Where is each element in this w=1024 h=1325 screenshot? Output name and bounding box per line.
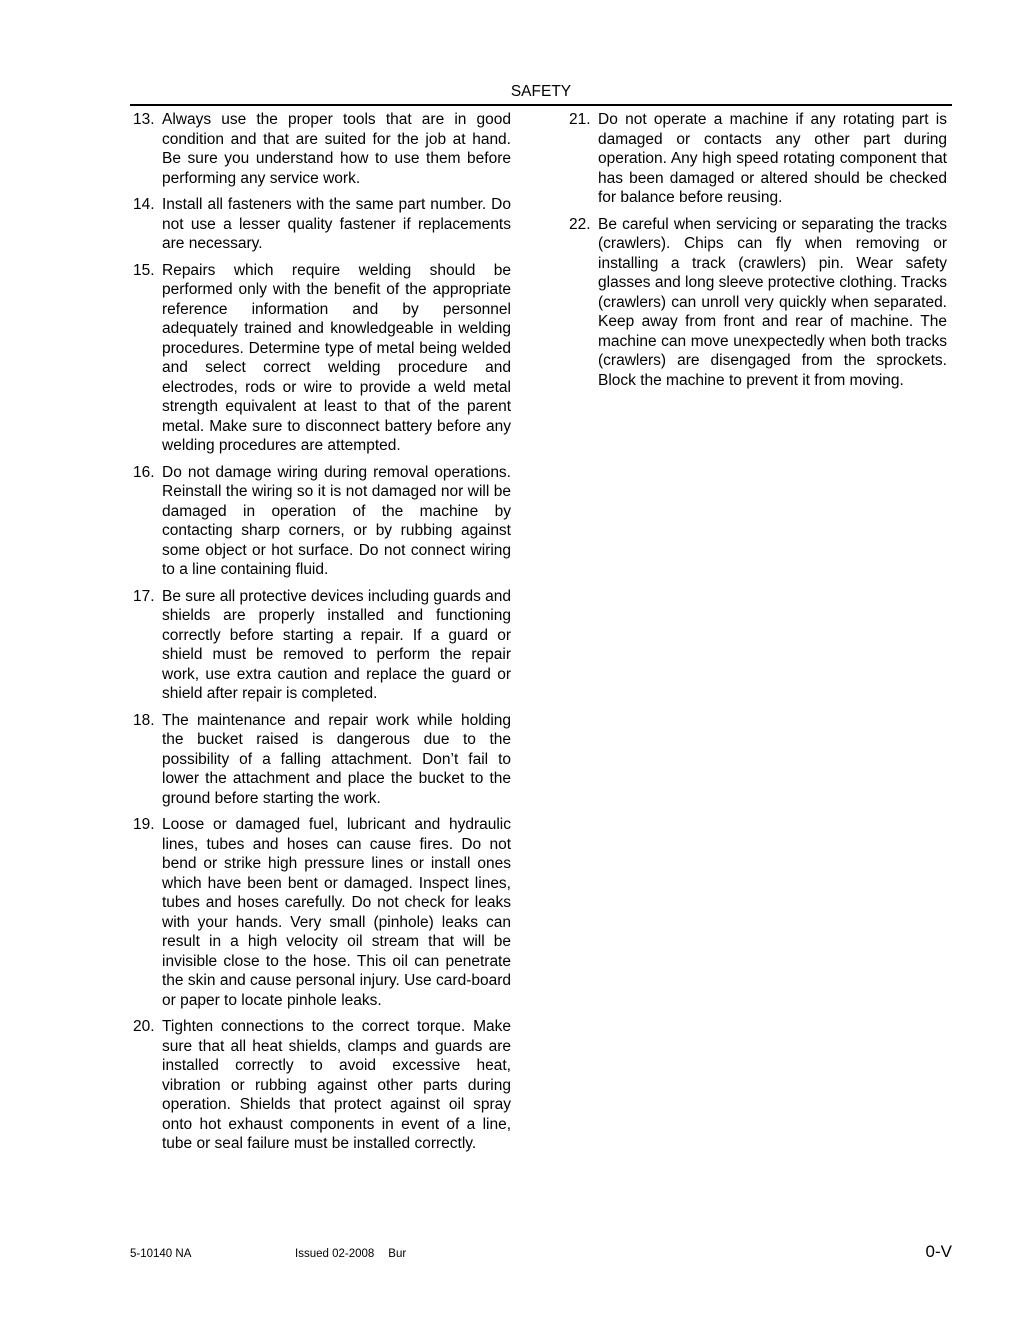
list-item: 19. Loose or damaged fuel, lubricant and…	[133, 815, 511, 1010]
item-number: 16.	[133, 463, 162, 483]
item-number: 15.	[133, 261, 162, 281]
list-item: 17. Be sure all protective devices inclu…	[133, 587, 511, 704]
right-column: 21. Do not operate a machine if any rota…	[569, 110, 947, 1161]
two-column-body: 13. Always use the proper tools that are…	[130, 110, 952, 1161]
footer-revision: Bur	[388, 1248, 406, 1260]
item-text: Tighten connections to the correct torqu…	[162, 1017, 511, 1154]
item-number: 20.	[133, 1017, 162, 1037]
list-item: 22. Be careful when servicing or separat…	[569, 215, 947, 391]
item-text: The maintenance and repair work while ho…	[162, 711, 511, 809]
list-item: 13. Always use the proper tools that are…	[133, 110, 511, 188]
item-text: Install all fasteners with the same part…	[162, 195, 511, 254]
list-item: 15. Repairs which require welding should…	[133, 261, 511, 456]
list-item: 21. Do not operate a machine if any rota…	[569, 110, 947, 208]
list-item: 18. The maintenance and repair work whil…	[133, 711, 511, 809]
item-text: Repairs which require welding should be …	[162, 261, 511, 456]
item-text: Be sure all protective devices including…	[162, 587, 511, 704]
item-number: 14.	[133, 195, 162, 215]
footer-issued-date: Issued 02-2008	[295, 1248, 374, 1260]
item-number: 18.	[133, 711, 162, 731]
page-title: SAFETY	[130, 82, 952, 101]
page-content: SAFETY 13. Always use the proper tools t…	[130, 82, 952, 1161]
item-number: 13.	[133, 110, 162, 130]
header-divider	[130, 104, 952, 106]
page-footer: 5-10140 NA Issued 02-2008Bur 0-V	[130, 1242, 952, 1270]
item-text: Do not damage wiring during removal oper…	[162, 463, 511, 580]
item-number: 22.	[569, 215, 598, 235]
list-item: 20. Tighten connections to the correct t…	[133, 1017, 511, 1154]
item-number: 21.	[569, 110, 598, 130]
item-text: Do not operate a machine if any rotating…	[598, 110, 947, 208]
footer-page-number: 0-V	[926, 1242, 952, 1262]
list-item: 16. Do not damage wiring during removal …	[133, 463, 511, 580]
item-text: Loose or damaged fuel, lubricant and hyd…	[162, 815, 511, 1010]
list-item: 14. Install all fasteners with the same …	[133, 195, 511, 254]
item-text: Be careful when servicing or separating …	[598, 215, 947, 391]
footer-doc-number: 5-10140 NA	[130, 1248, 191, 1260]
page-header: SAFETY	[130, 82, 952, 101]
item-text: Always use the proper tools that are in …	[162, 110, 511, 188]
left-column: 13. Always use the proper tools that are…	[133, 110, 511, 1161]
item-number: 19.	[133, 815, 162, 835]
item-number: 17.	[133, 587, 162, 607]
footer-issued: Issued 02-2008Bur	[295, 1248, 406, 1260]
document-page: SAFETY 13. Always use the proper tools t…	[0, 0, 1024, 1325]
